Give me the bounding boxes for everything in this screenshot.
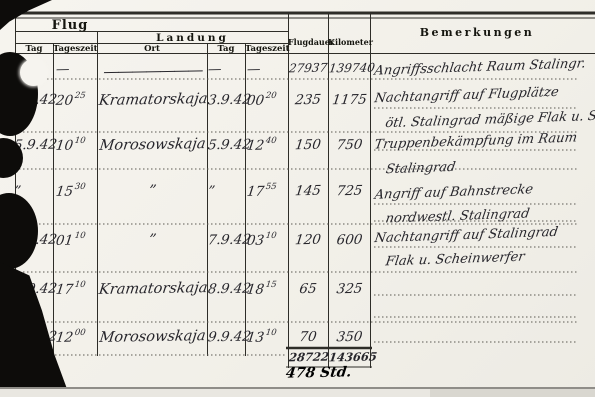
flight-logbook-page: Flug Landung Bemerkungen Tag Tageszeit O…	[0, 0, 595, 397]
flight-time: —	[55, 61, 98, 78]
remark-line2: ötl. Stalingrad mäßige Flak u. Schw.	[384, 108, 595, 131]
totals-row: 28722 143665	[0, 350, 595, 366]
remark-line1: Angriff auf Bahnstrecke	[374, 182, 535, 202]
remark-line1: Nachtangriff auf Stalingrad	[373, 225, 559, 246]
table-row: 7.9.42 0110 ” 7.9.42 0310 120 600 Nachta…	[0, 224, 595, 272]
total-flight-duration: 28722	[288, 350, 328, 365]
kilometers: 750	[328, 137, 371, 154]
landing-time-minutes: 20	[265, 91, 277, 101]
landing-place: Kramatorskaja	[98, 280, 207, 298]
header-landung: Landung	[97, 32, 288, 44]
flight-time: 1710	[55, 281, 98, 298]
flight-time: 0110	[55, 232, 98, 249]
flight-time: 1530	[55, 183, 98, 200]
landing-date: 8.9.42	[207, 281, 247, 298]
flight-duration: 65	[288, 281, 328, 298]
header-kilometer: Kilometer	[328, 37, 370, 47]
landing-date: 7.9.42	[207, 232, 247, 249]
flight-time-minutes: 00	[74, 328, 86, 338]
header-flight-tag: Tag	[15, 44, 53, 54]
flight-time: 1010	[55, 137, 98, 154]
hours-note: 478 Std.	[285, 364, 352, 381]
flight-time-minutes: 30	[74, 182, 86, 192]
flight-time-hour: 10	[55, 138, 74, 154]
flight-time-hour: 12	[55, 330, 74, 346]
header-ort: Ort	[97, 44, 207, 54]
landing-time: 0020	[246, 92, 289, 109]
punch-hole	[20, 59, 47, 86]
total-kilometers: 143665	[328, 350, 371, 365]
landing-time: 1755	[246, 183, 289, 200]
landing-place: Morosowskaja	[98, 136, 207, 154]
landing-time-minutes: 15	[265, 280, 277, 290]
flight-duration: 27937	[288, 61, 328, 76]
landing-time-hour: 17	[246, 184, 265, 200]
kilometers: 325	[328, 281, 371, 298]
landing-date: ”	[207, 183, 247, 200]
table-row: 5.9.42 1010 Morosowskaja 5.9.42 1240 150…	[0, 132, 595, 169]
table-row: — — ——————— — — 27937 139740 Angriffssch…	[0, 56, 595, 79]
kilometers: 350	[328, 329, 371, 346]
landing-time-hour: 00	[246, 93, 265, 109]
table-row: ” 1530 ” ” 1755 145 725 Angriff auf Bahn…	[0, 169, 595, 224]
landing-place: ”	[98, 182, 207, 200]
flight-duration: 235	[288, 92, 328, 109]
landing-time-minutes: 40	[265, 136, 277, 146]
header-landing-tag: Tag	[207, 44, 245, 54]
flight-time-minutes: 10	[74, 280, 86, 290]
table-row: 3.9.42 2025 Kramatorskaja 3.9.42 0020 23…	[0, 79, 595, 132]
flight-duration: 120	[288, 232, 328, 249]
flight-time-minutes: 25	[74, 91, 86, 101]
flight-time-hour: 20	[55, 93, 74, 109]
kilometers: 1175	[328, 92, 371, 109]
scanner-background-speckle	[430, 389, 595, 397]
landing-time: —	[246, 61, 289, 78]
header-landing-tageszeit: Tageszeit	[245, 44, 288, 54]
kilometers: 725	[328, 183, 371, 200]
flight-duration: 145	[288, 183, 328, 200]
flight-time-hour: 15	[55, 184, 74, 200]
header-flight-tageszeit: Tageszeit	[53, 44, 97, 54]
remark-line1: Angriffsschlacht Raum Stalingr.	[373, 56, 586, 78]
landing-time-hour: 13	[246, 330, 265, 346]
remark-line2: Flak u. Scheinwerfer	[385, 250, 526, 270]
landing-place: ”	[98, 231, 207, 249]
landing-date: —	[207, 61, 247, 78]
kilometers: 139740	[328, 61, 371, 76]
landing-time: 1240	[246, 137, 289, 154]
kilometers: 600	[328, 232, 371, 249]
landing-place: Kramatorskaja	[98, 91, 207, 109]
landing-time: 1310	[246, 329, 289, 346]
flight-time: 1200	[55, 329, 98, 346]
landing-place: ———————	[98, 60, 208, 81]
landing-time: 1815	[246, 281, 289, 298]
remark-line1: Truppenbekämpfung im Raum	[373, 130, 578, 152]
flight-time-minutes: 10	[74, 231, 86, 241]
header-flug: Flug	[15, 18, 125, 33]
landing-time-minutes: 10	[265, 328, 277, 338]
table-row: 8.9.42 1710 Kramatorskaja 8.9.42 1815 65…	[0, 272, 595, 322]
header-flugdauer: Flugdauer	[288, 37, 328, 47]
flight-duration: 150	[288, 137, 328, 154]
landing-date: 3.9.42	[207, 92, 247, 109]
remark-line1: Nachtangriff auf Flugplätze	[373, 85, 559, 106]
landing-time-minutes: 10	[265, 231, 277, 241]
landing-time-hour: 03	[246, 233, 265, 249]
flight-time-minutes: 10	[74, 136, 86, 146]
landing-time-hour: 18	[246, 282, 265, 298]
landing-time: 0310	[246, 232, 289, 249]
flight-time: 2025	[55, 92, 98, 109]
flight-duration: 70	[288, 329, 328, 346]
landing-time-minutes: 55	[265, 182, 277, 192]
header-bemerkungen: Bemerkungen	[372, 26, 582, 39]
landing-place: Morosowskaja	[98, 328, 207, 346]
landing-time-hour: 12	[246, 138, 265, 154]
landing-date: 9.9.42	[207, 329, 247, 346]
flight-time-hour: 01	[55, 233, 74, 249]
landing-date: 5.9.42	[207, 137, 247, 154]
flight-time-hour: 17	[55, 282, 74, 298]
